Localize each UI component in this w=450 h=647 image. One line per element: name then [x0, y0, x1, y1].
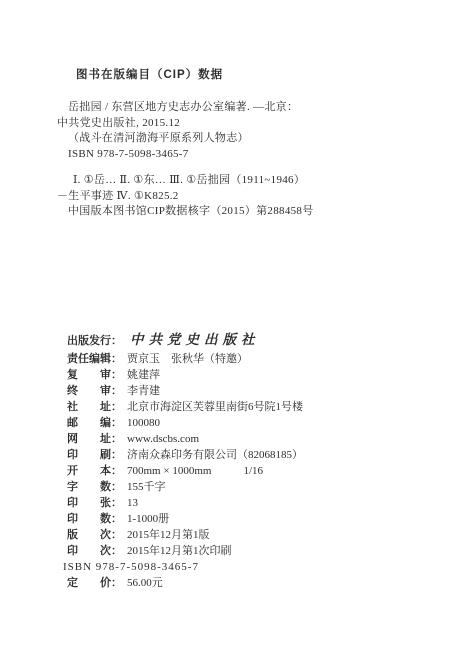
address-value: 北京市海淀区芙蓉里南街6号院1号楼 — [127, 399, 303, 415]
sheets-label: 印 张： — [67, 495, 122, 511]
edition-label: 版 次： — [67, 527, 122, 543]
book-copyright-page: 图书在版编目（CIP）数据 岳拙园 / 东营区地方史志办公室编著. —北京： 中… — [0, 0, 450, 647]
reviewer-value: 姚建萍 — [127, 367, 160, 383]
final-reviewer-value: 李青建 — [127, 383, 160, 399]
colophon-row-postcode: 邮 编： 100080 — [67, 415, 303, 431]
colophon-row-impression: 印 次： 2015年12月第1次印刷 — [67, 543, 303, 559]
final-reviewer-label: 终 审： — [67, 383, 122, 399]
colophon-row-printer: 印 刷： 济南众森印务有限公司（82068185） — [67, 447, 303, 463]
colophon-block: 出版发行： 中共党史出版社 责任编辑： 贾京玉 张秋华（特邀） 复 审： 姚建萍… — [67, 330, 303, 591]
colophon-row-editor: 责任编辑： 贾京玉 张秋华（特邀） — [67, 351, 303, 367]
website-url: www.dscbs.com — [127, 431, 199, 447]
format-label: 开 本： — [67, 463, 122, 479]
format-size-value: 700mm × 1000mm — [127, 463, 211, 479]
reviewer-label: 复 审： — [67, 367, 122, 383]
cip-line-classification-1: Ⅰ. ①岳… Ⅱ. ①东… Ⅲ. ①岳拙园（1911~1946） — [57, 173, 427, 189]
printer-value: 济南众森印务有限公司（82068185） — [127, 447, 303, 463]
colophon-row-price: 定 价： 56.00元 — [67, 575, 303, 591]
cip-line-publisher-date: 中共党史出版社, 2015.12 — [57, 116, 427, 132]
price-label: 定 价： — [67, 575, 122, 591]
format-fraction-value: 1/16 — [243, 463, 263, 479]
colophon-row-edition: 版 次： 2015年12月第1版 — [67, 527, 303, 543]
cip-block: 岳拙园 / 东营区地方史志办公室编著. —北京： 中共党史出版社, 2015.1… — [57, 100, 427, 220]
publisher-label: 出版发行： — [67, 331, 122, 352]
cip-header: 图书在版编目（CIP）数据 — [76, 66, 223, 82]
printer-label: 印 刷： — [67, 447, 122, 463]
editor-value: 贾京玉 张秋华（特邀） — [127, 351, 248, 367]
address-label: 社 址： — [67, 399, 122, 415]
isbn-line: ISBN 978-7-5098-3465-7 — [63, 559, 303, 575]
word-count-label: 字 数： — [67, 479, 122, 495]
colophon-row-publisher: 出版发行： 中共党史出版社 — [67, 330, 303, 351]
editor-label: 责任编辑： — [67, 351, 122, 367]
colophon-row-print-run: 印 数： 1-1000册 — [67, 511, 303, 527]
cip-line-classification-2: －生平事迹 Ⅳ. ①K825.2 — [57, 189, 427, 205]
price-value: 56.00元 — [127, 575, 163, 591]
colophon-row-sheets: 印 张： 13 — [67, 495, 303, 511]
impression-label: 印 次： — [67, 543, 122, 559]
cip-line-isbn: ISBN 978-7-5098-3465-7 — [57, 147, 427, 163]
website-label: 网 址： — [67, 431, 122, 447]
print-run-label: 印 数： — [67, 511, 122, 527]
word-count-value: 155千字 — [127, 479, 166, 495]
colophon-row-word-count: 字 数： 155千字 — [67, 479, 303, 495]
colophon-row-reviewer: 复 审： 姚建萍 — [67, 367, 303, 383]
postcode-value: 100080 — [127, 415, 160, 431]
impression-value: 2015年12月第1次印刷 — [127, 543, 232, 559]
postcode-label: 邮 编： — [67, 415, 122, 431]
sheets-value: 13 — [127, 495, 138, 511]
cip-line-series: （战斗在清河渤海平原系列人物志） — [57, 131, 427, 147]
edition-value: 2015年12月第1版 — [127, 527, 210, 543]
cip-line-title-statement: 岳拙园 / 东营区地方史志办公室编著. —北京： — [57, 100, 427, 116]
colophon-row-format: 开 本： 700mm × 1000mm 1/16 — [67, 463, 303, 479]
colophon-row-website: 网 址： www.dscbs.com — [67, 431, 303, 447]
colophon-row-address: 社 址： 北京市海淀区芙蓉里南街6号院1号楼 — [67, 399, 303, 415]
colophon-row-final-reviewer: 终 审： 李青建 — [67, 383, 303, 399]
cip-line-registration-number: 中国版本图书馆CIP数据核字（2015）第288458号 — [57, 204, 427, 220]
publisher-name: 中共党史出版社 — [130, 330, 260, 351]
print-run-value: 1-1000册 — [127, 511, 169, 527]
